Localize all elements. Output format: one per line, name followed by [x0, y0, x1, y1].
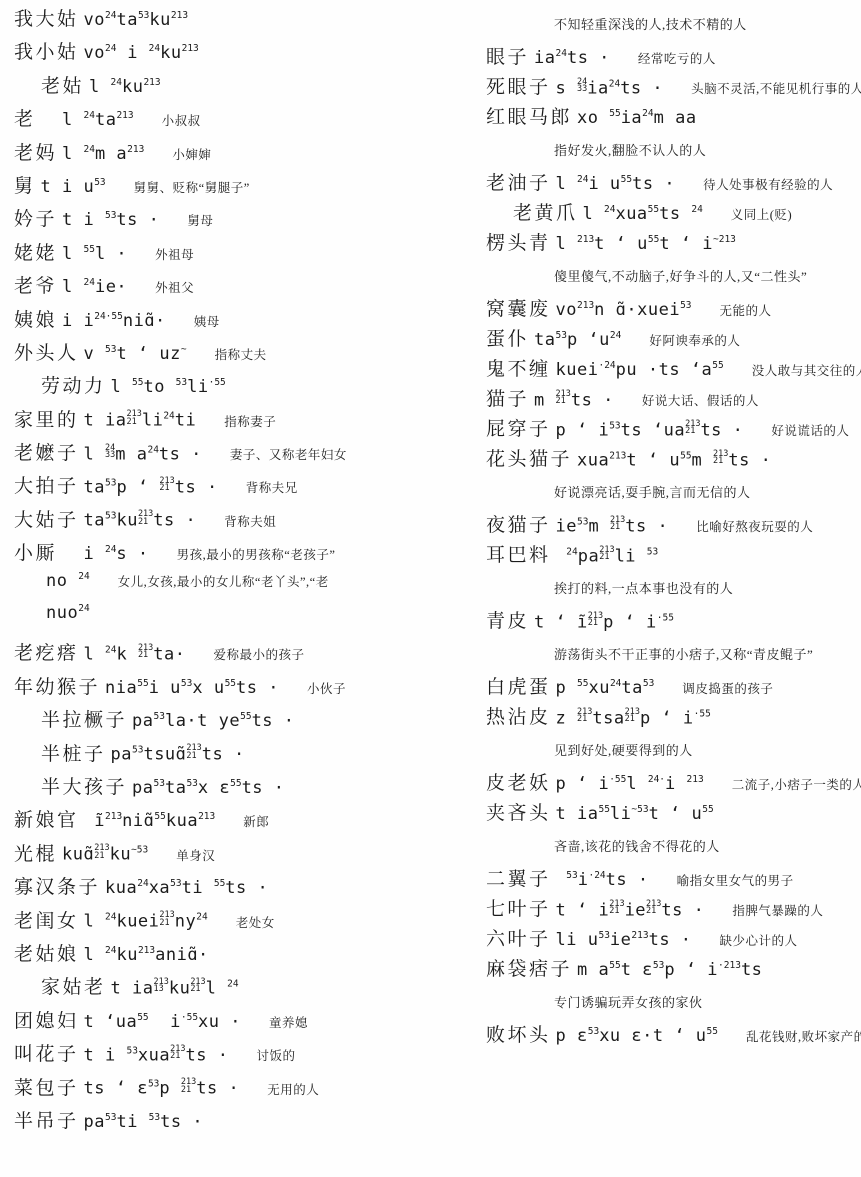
tone-superscript: 53: [176, 377, 187, 388]
tone-superscript: 53: [149, 1112, 160, 1123]
definition-line: 指好发火,翻脸不认人的人: [486, 140, 858, 162]
entry-headword: 耳巴料: [486, 540, 551, 567]
entry-definition: 无能的人: [720, 301, 772, 319]
tone-sandhi-stack: 21321: [126, 411, 141, 426]
tone-superscript: 24: [196, 912, 207, 923]
entry-phonetic: pa53tsuɑ̃21321ts ·: [111, 745, 245, 764]
entry-definition: 好说谎话的人: [771, 421, 849, 439]
entry-phonetic: kuɑ̃21321ku~53: [62, 845, 148, 864]
entry-phonetic: ĩ213niɑ̃55kua213: [84, 813, 216, 830]
tone-superscript: 55: [648, 204, 659, 215]
entry-headword: 老疙瘩: [14, 638, 79, 665]
tone-superscript: 213: [105, 811, 122, 822]
entry-phonetic: i 24s ·: [62, 546, 149, 563]
dict-entry: 死眼子s 2433ia24ts ·头脑不灵活,不能见机行事的人: [486, 72, 858, 102]
dict-entry: 老姑l 24ku213: [14, 71, 444, 104]
entry-headword: 妗子: [14, 204, 57, 231]
entry-phonetic: s 2433ia24ts ·: [556, 79, 664, 98]
entry-phonetic: ia24ts ·: [534, 50, 610, 67]
entry-definition: 老处女: [236, 913, 275, 931]
entry-definition: 义同上(贬): [731, 205, 792, 223]
tone-superscript: ·55: [181, 1012, 198, 1023]
entry-phonetic: t i 53ts ·: [62, 212, 159, 229]
entry-headword: 家里的: [14, 405, 79, 432]
tone-superscript: 53: [105, 344, 116, 355]
tone-superscript: 24: [137, 878, 148, 889]
entry-definition: 指称丈夫: [215, 345, 267, 363]
tone-superscript: 55: [702, 804, 713, 815]
dict-entry: 夜猫子ie53m 21321ts ·比喻好熬夜玩耍的人: [486, 510, 858, 540]
tone-superscript: 53: [577, 516, 588, 527]
dict-entry: 六叶子li u53ie213ts ·缺少心计的人: [486, 924, 858, 954]
tone-superscript: ·24: [588, 870, 605, 881]
entry-phonetic: m 21321ts ·: [534, 391, 614, 410]
tone-superscript: 53: [556, 330, 567, 341]
entry-phonetic: p ɛ53xu ɛ·t ‘ u55: [556, 1028, 718, 1045]
entry-phonetic: l 24ie·: [62, 279, 127, 296]
entry-definition: 调皮捣蛋的孩子: [682, 679, 773, 697]
tone-superscript: 53: [132, 745, 143, 756]
tone-sandhi-stack: 2433: [577, 79, 587, 94]
tone-sandhi-stack: 21321: [577, 709, 592, 724]
tone-superscript: 55: [137, 678, 148, 689]
entry-definition: 经常吃亏的人: [638, 49, 716, 67]
entry-headword: 姥姥: [14, 238, 57, 265]
entry-headword: 老闺女: [14, 906, 79, 933]
tone-superscript: 24: [105, 644, 116, 655]
entry-headword: 屁穿子: [486, 414, 551, 441]
entry-headword: 团媳妇: [14, 1006, 79, 1033]
entry-headword: 老: [14, 104, 57, 131]
tone-superscript: 55: [154, 811, 165, 822]
entry-definition: 讨饭的: [256, 1046, 295, 1064]
entry-headword: 菜包子: [14, 1073, 79, 1100]
tone-superscript: 55: [240, 711, 251, 722]
entry-phonetic: xua213t ‘ u55m 21321ts ·: [577, 451, 771, 470]
dict-entry: 屁穿子p ‘ i53ts ‘ua21321ts ·好说谎话的人: [486, 414, 858, 444]
dict-entry: 麻袋痞子m a55t ɛ53p ‘ i·213ts: [486, 954, 858, 984]
definition-line: 吝啬,该花的钱舍不得花的人: [486, 836, 858, 858]
tone-superscript: 53: [653, 960, 664, 971]
tone-sandhi-stack: 21321: [610, 517, 625, 532]
entry-definition: 二流子,小痞子一类的人: [732, 775, 861, 793]
tone-superscript: 24: [610, 678, 621, 689]
dict-entry: 夹吝头t ia55li~53t ‘ u55: [486, 798, 858, 828]
entry-headword: 夜猫子: [486, 510, 551, 537]
dict-entry: 光棍kuɑ̃21321ku~53单身汉: [14, 839, 444, 872]
tone-superscript: 213: [182, 43, 199, 54]
entry-headword: 窝囊废: [486, 294, 551, 321]
entry-headword: 光棍: [14, 839, 57, 866]
tone-superscript: 24: [604, 204, 615, 215]
dict-entry: 半吊子pa53ti 53ts ·: [14, 1106, 444, 1139]
tone-superscript: 53: [154, 778, 165, 789]
entry-headword: 寡汉条子: [14, 872, 100, 899]
entry-phonetic: l 24ku213aniɑ̃·: [84, 947, 209, 964]
dict-entry: 皮老妖p ‘ i·55l 24·i 213二流子,小痞子一类的人: [486, 768, 858, 798]
tone-superscript: 55: [132, 377, 143, 388]
dict-entry: 老姑娘l 24ku213aniɑ̃·: [14, 939, 444, 972]
tone-superscript: 53: [170, 878, 181, 889]
entry-definition: 没人敢与其交往的人: [752, 361, 861, 379]
tone-superscript: 53: [609, 420, 620, 431]
entry-phonetic: nia55i u53x u55ts ·: [105, 680, 279, 697]
tone-superscript: 24: [105, 43, 116, 54]
dict-entry: 我大姑vo24ta53ku213: [14, 4, 444, 37]
tone-superscript: 53: [647, 546, 658, 557]
tone-superscript: 24: [105, 10, 116, 21]
entry-definition: 女儿,女孩,最小的女儿称“老丫头”,“老: [118, 572, 329, 590]
entry-phonetic: ta53ku21321ts ·: [84, 511, 197, 530]
entry-headword: 白虎蛋: [486, 672, 551, 699]
tone-sandhi-stack: 21321: [138, 511, 153, 526]
entry-headword: 家姑老: [41, 972, 106, 999]
dict-entry: nuo24: [14, 605, 444, 638]
entry-phonetic: l 24ta213: [62, 112, 134, 129]
entry-headword: 老油子: [486, 168, 551, 195]
dict-entry: 大拍子ta53p ‘ 21321ts ·背称夫兄: [14, 471, 444, 504]
tone-superscript: 55: [225, 678, 236, 689]
entry-phonetic: t i u53: [41, 179, 106, 196]
tone-superscript: 24: [691, 204, 702, 215]
tone-superscript: 53: [598, 930, 609, 941]
tone-superscript: 24: [610, 330, 621, 341]
entry-headword: 老爷: [14, 271, 57, 298]
entry-headword: 新娘官: [14, 805, 79, 832]
tone-superscript: ·55: [657, 612, 674, 623]
entry-phonetic: v 53t ‘ uz~: [84, 346, 187, 363]
tone-sandhi-stack: 21321: [609, 901, 624, 916]
dict-entry: 劳动力l 55to 53li·55: [14, 371, 444, 404]
entry-headword: 麻袋痞子: [486, 954, 572, 981]
dict-entry: 老嬷子l 2433m a24ts ·妻子、又称老年妇女: [14, 438, 444, 471]
entry-definition: 外祖母: [155, 245, 194, 263]
entry-headword: 老妈: [14, 138, 57, 165]
entry-phonetic: l 55to 53li·55: [111, 379, 226, 396]
dict-entry: 眼子ia24ts ·经常吃亏的人: [486, 42, 858, 72]
entry-phonetic: pa53ti 53ts ·: [84, 1114, 204, 1131]
dict-entry: 舅t i u53舅舅、贬称“舅腿子”: [14, 171, 444, 204]
entry-phonetic: l 24xua55ts 24: [583, 206, 703, 223]
dict-entry: 七叶子t ‘ i21321ie21321ts ·指脾气暴躁的人: [486, 894, 858, 924]
entry-headword: 花头猫子: [486, 444, 572, 471]
dict-entry: 我小姑vo24 i 24ku213: [14, 37, 444, 70]
dict-entry: 青皮t ‘ ĩ21321p ‘ i·55: [486, 606, 858, 636]
entry-phonetic: t ‘ ĩ21321p ‘ i·55: [534, 613, 674, 632]
tone-superscript: 24: [78, 571, 89, 582]
entry-phonetic: pa53la·t ye55ts ·: [132, 713, 295, 730]
entry-headword: 夹吝头: [486, 798, 551, 825]
entry-phonetic: l 24kuei21321ny24: [84, 912, 208, 931]
dict-entry: 白虎蛋p 55xu24ta53调皮捣蛋的孩子: [486, 672, 858, 702]
dict-entry: 叫花子t i 53xua21321ts ·讨饭的: [14, 1039, 444, 1072]
entry-headword: 鬼不缠: [486, 354, 551, 381]
entry-headword: 外头人: [14, 338, 79, 365]
entry-definition: 姨母: [194, 312, 220, 330]
entry-phonetic: no 24: [46, 573, 90, 590]
definition-line: 游荡街头不干正事的小痞子,又称“青皮鲲子”: [486, 644, 858, 666]
tone-superscript: 24: [556, 48, 567, 59]
entry-phonetic: t ia55li~53t ‘ u55: [556, 806, 714, 823]
entry-headword: 半吊子: [14, 1106, 79, 1133]
tone-sandhi-stack: 21321: [646, 901, 661, 916]
dict-entry: 家里的t ia21321li24ti指称妻子: [14, 405, 444, 438]
tone-superscript: 213: [171, 10, 188, 21]
entry-definition: 好说大话、假话的人: [642, 391, 759, 409]
definition-line: 好说漂亮话,耍手腕,言而无信的人: [486, 482, 858, 504]
entry-headword: 老姑娘: [14, 939, 79, 966]
dict-entry: 姥姥l 55l ·外祖母: [14, 238, 444, 271]
tone-superscript: 53: [105, 210, 116, 221]
left-column: 我大姑vo24ta53ku213我小姑vo24 i 24ku213老姑l 24k…: [14, 0, 444, 1139]
tone-superscript: 55: [712, 360, 723, 371]
dict-entry: 老闺女l 24kuei21321ny24老处女: [14, 906, 444, 939]
entry-definition: 乱花钱财,败坏家产的人: [746, 1027, 861, 1045]
tone-superscript: 213: [143, 77, 160, 88]
entry-headword: 老姑: [41, 71, 84, 98]
tone-sandhi-stack: 21321: [713, 451, 728, 466]
tone-superscript: 55: [621, 174, 632, 185]
tone-superscript: 53: [154, 711, 165, 722]
tone-superscript: 53: [566, 870, 577, 881]
dict-entry: 猫子m 21321ts ·好说大话、假话的人: [486, 384, 858, 414]
entry-phonetic: l 24ku213: [89, 79, 161, 96]
tone-superscript: 55: [609, 960, 620, 971]
entry-definition: 背称夫兄: [246, 478, 298, 496]
tone-superscript: ·213: [718, 960, 741, 971]
tone-superscript: 53: [138, 10, 149, 21]
tone-superscript: 24: [642, 108, 653, 119]
tone-sandhi-stack: 21321: [190, 979, 205, 994]
dict-entry: 妗子t i 53ts ·舅母: [14, 204, 444, 237]
dict-entry: 半大孩子pa53ta53x ɛ55ts ·: [14, 772, 444, 805]
entry-headword: 六叶子: [486, 924, 551, 951]
entry-definition: 缺少心计的人: [720, 931, 798, 949]
entry-definition: 待人处事极有经验的人: [703, 175, 833, 193]
dict-entry: 鬼不缠kuei·24pu ·ts ‘a55没人敢与其交往的人: [486, 354, 858, 384]
dict-entry: 败坏头p ɛ53xu ɛ·t ‘ u55乱花钱财,败坏家产的人: [486, 1020, 858, 1050]
entry-phonetic: m a55t ɛ53p ‘ i·213ts: [577, 962, 762, 979]
tone-superscript: 55: [214, 878, 225, 889]
tone-superscript: 24: [163, 411, 174, 422]
dict-entry: 花头猫子xua213t ‘ u55m 21321ts ·: [486, 444, 858, 474]
entry-definition: 新郎: [243, 812, 269, 830]
tone-superscript: ~: [181, 344, 187, 355]
tone-superscript: 24: [84, 110, 95, 121]
tone-superscript: 53: [94, 177, 105, 188]
tone-sandhi-stack: 21321: [170, 1046, 185, 1061]
dict-entry: 老爷l 24ie·外祖父: [14, 271, 444, 304]
dict-entry: 年幼猴子nia55i u53x u55ts ·小伙子: [14, 672, 444, 705]
tone-superscript: 55: [707, 1026, 718, 1037]
tone-superscript: 24: [147, 444, 158, 455]
definition-line: 见到好处,硬要得到的人: [486, 740, 858, 762]
entry-phonetic: p ‘ i53ts ‘ua21321ts ·: [556, 421, 744, 440]
tone-superscript: ·55: [209, 377, 226, 388]
entry-headword: 半桩子: [41, 739, 106, 766]
tone-superscript: 53: [126, 1045, 137, 1056]
entry-headword: 死眼子: [486, 72, 551, 99]
tone-superscript: 24: [566, 546, 577, 557]
tone-sandhi-stack: 21321: [556, 391, 571, 406]
dict-entry: 团媳妇t ‘ua55 i·55xu ·童养媳: [14, 1006, 444, 1039]
entry-headword: 半拉橛子: [41, 705, 127, 732]
dict-entry: 窝囊废vo213n ɑ̃·xuei53无能的人: [486, 294, 858, 324]
tone-superscript: 53: [680, 300, 691, 311]
dict-entry: 大姑子ta53ku21321ts ·背称夫姐: [14, 505, 444, 538]
entry-headword: 劳动力: [41, 371, 106, 398]
dict-entry: 耳巴料 24pa21321li 53: [486, 540, 858, 570]
dict-entry: 姨娘i i24·55niɑ̃·姨母: [14, 305, 444, 338]
entry-headword: 眼子: [486, 42, 529, 69]
entry-phonetic: vo213n ɑ̃·xuei53: [556, 302, 692, 319]
dict-entry: 楞头青l 213t ‘ u55t ‘ i~213: [486, 228, 858, 258]
tone-sandhi-stack: 2433: [105, 445, 115, 460]
dict-entry: 老 l 24ta213小叔叔: [14, 104, 444, 137]
tone-superscript: 24: [609, 78, 620, 89]
entry-phonetic: t ia21321li24ti: [84, 411, 197, 430]
entry-phonetic: p 55xu24ta53: [556, 680, 655, 697]
entry-headword: 姨娘: [14, 305, 57, 332]
tone-superscript: ·24: [598, 360, 615, 371]
entry-definition: 舅母: [187, 211, 213, 229]
dict-entry: 菜包子ts ‘ ɛ53p 21321ts ·无用的人: [14, 1073, 444, 1106]
tone-sandhi-stack: 21321: [186, 745, 201, 760]
tone-superscript: 213: [116, 110, 133, 121]
tone-superscript: 24: [78, 603, 89, 614]
entry-headword: 小厮: [14, 538, 57, 565]
tone-superscript: 55: [680, 450, 691, 461]
tone-superscript: 53: [148, 1079, 159, 1090]
dict-entry: 老黄爪l 24xua55ts 24义同上(贬): [486, 198, 858, 228]
entry-definition: 妻子、又称老年妇女: [230, 445, 347, 463]
entry-phonetic: kua24xa53ti 55ts ·: [105, 880, 268, 897]
tone-superscript: 53: [105, 477, 116, 488]
entry-phonetic: nuo24: [46, 605, 90, 622]
entry-headword: 蛋仆: [486, 324, 529, 351]
tone-superscript: 55: [137, 1012, 148, 1023]
entry-phonetic: 24pa21321li 53: [556, 547, 659, 566]
entry-headword: 老嬷子: [14, 438, 79, 465]
entry-definition: 头脑不灵活,不能见机行事的人: [691, 79, 861, 97]
definition-line: 傻里傻气,不动脑子,好争斗的人,又“二性头”: [486, 266, 858, 288]
tone-superscript: 213: [577, 234, 594, 245]
dict-entry: 半拉橛子pa53la·t ye55ts ·: [14, 705, 444, 738]
dict-entry: 新娘官 ĩ213niɑ̃55kua213新郎: [14, 805, 444, 838]
entry-definition: 背称夫姐: [224, 512, 276, 530]
tone-superscript: 55: [598, 804, 609, 815]
tone-superscript: 55: [648, 234, 659, 245]
tone-sandhi-stack: 21321: [685, 421, 700, 436]
entry-headword: 楞头青: [486, 228, 551, 255]
entry-phonetic: p ‘ i·55l 24·i 213: [556, 776, 704, 793]
tone-sandhi-stack: 21321: [599, 547, 614, 562]
dict-entry: 寡汉条子kua24xa53ti 55ts ·: [14, 872, 444, 905]
entry-definition: 好阿谀奉承的人: [649, 331, 740, 349]
dict-entry: no 24女儿,女孩,最小的女儿称“老丫头”,“老: [14, 572, 444, 605]
entry-headword: 二翼子: [486, 864, 551, 891]
dictionary-page: 我大姑vo24ta53ku213我小姑vo24 i 24ku213老姑l 24k…: [0, 0, 861, 1177]
tone-superscript: 213: [198, 811, 215, 822]
entry-phonetic: ts ‘ ɛ53p 21321ts ·: [84, 1079, 240, 1098]
tone-superscript: 53: [588, 1026, 599, 1037]
entry-phonetic: pa53ta53x ɛ55ts ·: [132, 780, 285, 797]
dict-entry: 热沾皮z 21321tsa21321p ‘ i·55: [486, 702, 858, 732]
entry-definition: 童养媳: [269, 1013, 308, 1031]
dict-entry: 蛋仆ta53p ‘u24好阿谀奉承的人: [486, 324, 858, 354]
entry-definition: 无用的人: [267, 1080, 319, 1098]
entry-phonetic: ta53p ‘ 21321ts ·: [84, 478, 218, 497]
tone-superscript: 213: [687, 774, 704, 785]
tone-sandhi-stack: 21313: [153, 979, 168, 994]
tone-superscript: 213: [631, 930, 648, 941]
entry-headword: 败坏头: [486, 1020, 551, 1047]
entry-headword: 热沾皮: [486, 702, 551, 729]
entry-phonetic: l 24k 21321ta·: [84, 645, 186, 664]
entry-phonetic: kuei·24pu ·ts ‘a55: [556, 362, 724, 379]
entry-definition: 喻指女里女气的男子: [677, 871, 794, 889]
tone-superscript: 24: [105, 945, 116, 956]
entry-phonetic: l 24i u55ts ·: [556, 176, 676, 193]
entry-headword: 我大姑: [14, 4, 79, 31]
entry-phonetic: l 55l ·: [62, 246, 127, 263]
entry-definition: 舅舅、贬称“舅腿子”: [134, 178, 250, 196]
entry-phonetic: l 24m a213: [62, 146, 144, 163]
tone-superscript: ·55: [609, 774, 626, 785]
entry-definition: 小婶婶: [172, 145, 211, 163]
tone-superscript: 53: [643, 678, 654, 689]
tone-sandhi-stack: 21321: [625, 709, 640, 724]
entry-headword: 大拍子: [14, 471, 79, 498]
dict-entry: 老疙瘩l 24k 21321ta·爱称最小的孩子: [14, 638, 444, 671]
tone-superscript: 213: [609, 450, 626, 461]
entry-headword: 七叶子: [486, 894, 551, 921]
tone-superscript: 213: [138, 945, 155, 956]
tone-superscript: 24: [227, 978, 238, 989]
entry-definition: 指称妻子: [224, 412, 276, 430]
entry-headword: 猫子: [486, 384, 529, 411]
entry-headword: 舅: [14, 171, 36, 198]
entry-phonetic: l 2433m a24ts ·: [84, 445, 202, 464]
dict-entry: 二翼子 53i·24ts ·喻指女里女气的男子: [486, 864, 858, 894]
dict-entry: 老油子l 24i u55ts ·待人处事极有经验的人: [486, 168, 858, 198]
tone-superscript: 24: [84, 277, 95, 288]
entry-phonetic: z 21321tsa21321p ‘ i·55: [556, 709, 711, 728]
tone-superscript: 24·55: [94, 311, 123, 322]
entry-definition: 指脾气暴躁的人: [732, 901, 823, 919]
definition-line: 挨打的料,一点本事也没有的人: [486, 578, 858, 600]
entry-headword: 叫花子: [14, 1039, 79, 1066]
tone-superscript: 55: [84, 244, 95, 255]
tone-sandhi-stack: 21321: [181, 1079, 196, 1094]
tone-superscript: 53: [181, 678, 192, 689]
entry-phonetic: ta53p ‘u24: [534, 332, 621, 349]
tone-superscript: 55: [577, 678, 588, 689]
entry-phonetic: vo24ta53ku213: [84, 12, 189, 29]
entry-phonetic: li u53ie213ts ·: [556, 932, 692, 949]
tone-superscript: 53: [105, 511, 116, 522]
entry-definition: 外祖父: [155, 278, 194, 296]
tone-superscript: 24: [577, 174, 588, 185]
tone-superscript: 24: [105, 912, 116, 923]
tone-sandhi-stack: 21321: [138, 645, 153, 660]
tone-superscript: 24: [111, 77, 122, 88]
entry-phonetic: xo 55ia24m aa: [577, 110, 697, 127]
tone-superscript: 24: [84, 144, 95, 155]
entry-definition: 比喻好熬夜玩耍的人: [696, 517, 813, 535]
entry-phonetic: t i 53xua21321ts ·: [84, 1046, 229, 1065]
entry-definition: 小伙子: [307, 679, 346, 697]
